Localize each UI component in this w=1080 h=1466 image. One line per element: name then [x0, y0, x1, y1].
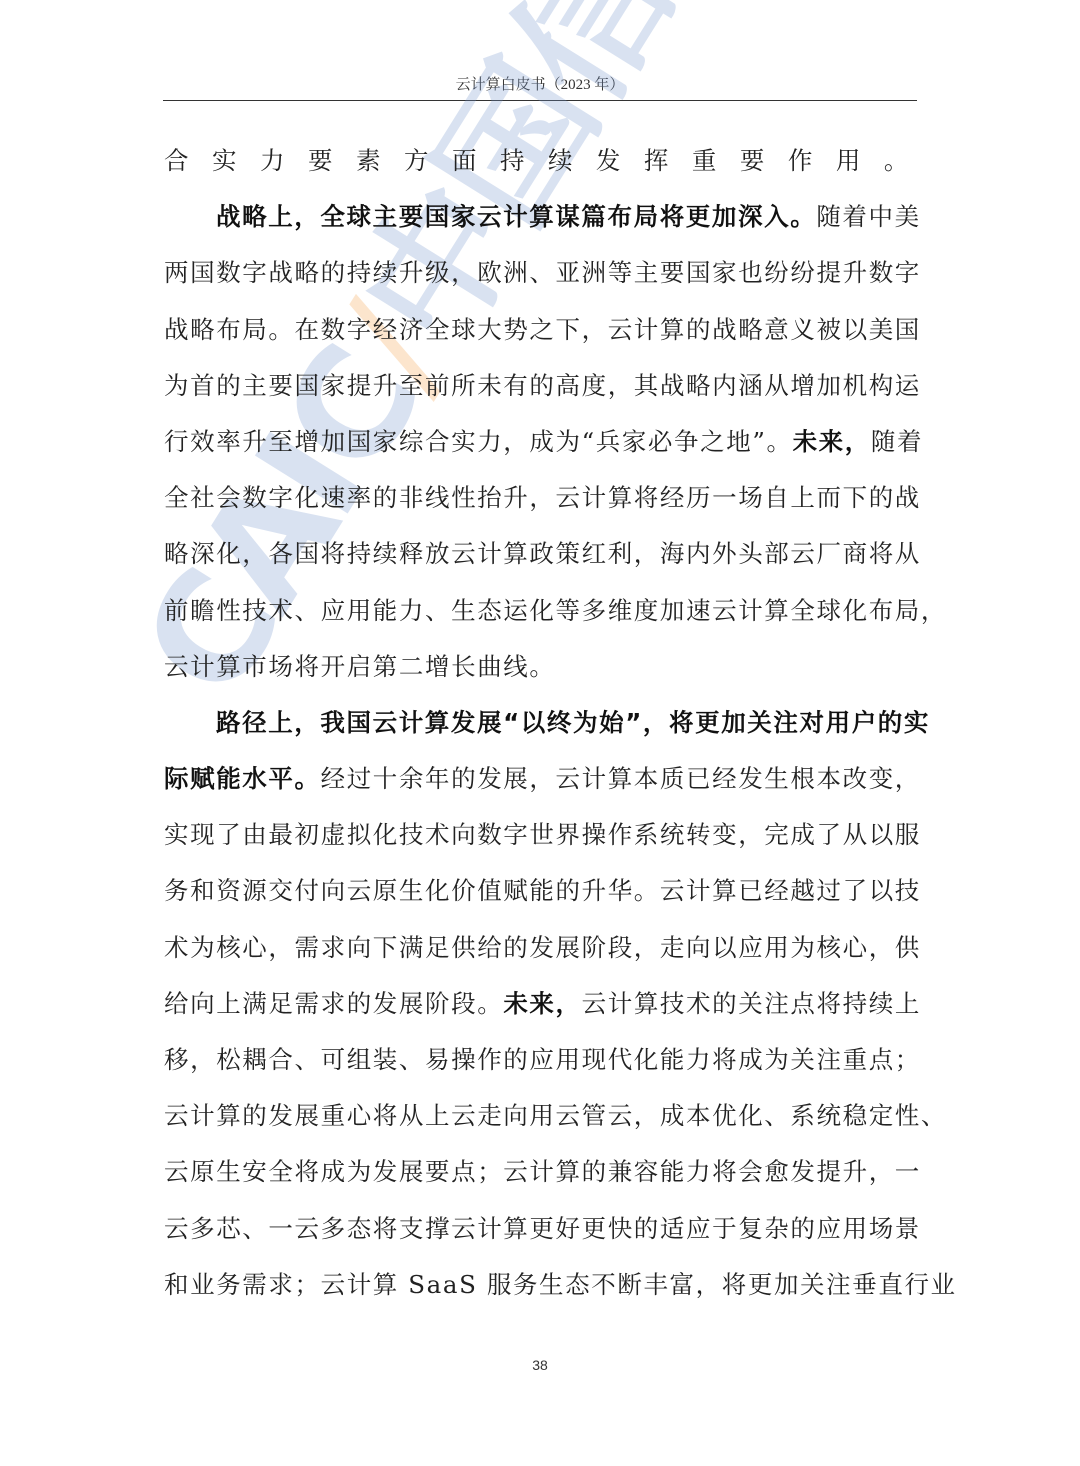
text-run: 经过十余年的发展，云计算本质已经发生根本改变， — [321, 764, 921, 793]
text-line-12: 际赋能水平。经过十余年的发展，云计算本质已经发生根本改变， — [164, 751, 910, 807]
text-line-11: 路径上，我国云计算发展“以终为始”，将更加关注对用户的实 — [164, 695, 910, 751]
text-line-2: 战略上，全球主要国家云计算谋篇布局将更加深入。随着中美 — [164, 189, 910, 245]
text-run: 为首的主要国家提升至前所未有的高度，其战略内涵从增加机构运 — [164, 371, 921, 400]
text-run: 术为核心，需求向下满足供给的发展阶段，走向以应用为核心，供 — [164, 933, 921, 962]
text-line-5: 为首的主要国家提升至前所未有的高度，其战略内涵从增加机构运 — [164, 358, 910, 414]
text-line-4: 战略布局。在数字经济全球大势之下，云计算的战略意义被以美国 — [164, 302, 910, 358]
text-run: 前瞻性技术、应用能力、生态运化等多维度加速云计算全球化布局， — [164, 596, 947, 625]
bold-heading-path-cont: 际赋能水平。 — [164, 764, 321, 793]
text-line-6: 行效率升至增加国家综合实力，成为“兵家必争之地”。未来，随着 — [164, 414, 910, 470]
text-run: 给向上满足需求的发展阶段。 — [164, 989, 503, 1018]
text-run: 云多芯、一云多态将支撑云计算更好更快的适应于复杂的应用场景 — [164, 1214, 921, 1243]
text-run: 两国数字战略的持续升级，欧洲、亚洲等主要国家也纷纷提升数字 — [164, 258, 921, 287]
text-run: 略深化，各国将持续释放云计算政策红利，海内外头部云厂商将从 — [164, 539, 921, 568]
page-header: 云计算白皮书（2023 年） — [163, 72, 917, 101]
page-number: 38 — [0, 1357, 1080, 1373]
text-line-7: 全社会数字化速率的非线性抬升，云计算将经历一场自上而下的战 — [164, 470, 910, 526]
text-line-17: 移，松耦合、可组装、易操作的应用现代化能力将成为关注重点； — [164, 1032, 910, 1088]
header-title: 云计算白皮书（2023 年） — [456, 77, 625, 93]
text-line-13: 实现了由最初虚拟化技术向数字世界操作系统转变，完成了从以服 — [164, 807, 910, 863]
text-line-16: 给向上满足需求的发展阶段。未来，云计算技术的关注点将持续上 — [164, 976, 910, 1032]
text-run: 战略布局。在数字经济全球大势之下，云计算的战略意义被以美国 — [164, 315, 921, 344]
text-line-19: 云原生安全将成为发展要点；云计算的兼容能力将会愈发提升，一 — [164, 1144, 910, 1200]
text-run: 云计算技术的关注点将持续上 — [582, 989, 921, 1018]
text-run: 合实力要素方面持续发挥重要作用。 — [164, 146, 910, 175]
text-line-14: 务和资源交付向云原生化价值赋能的升华。云计算已经越过了以技 — [164, 863, 910, 919]
text-run: 随着 — [871, 427, 923, 456]
text-line-10: 云计算市场将开启第二增长曲线。 — [164, 639, 910, 695]
text-line-3: 两国数字战略的持续升级，欧洲、亚洲等主要国家也纷纷提升数字 — [164, 245, 910, 301]
text-run: 云计算的发展重心将从上云走向用云管云，成本优化、系统稳定性、 — [164, 1101, 947, 1130]
text-run: 和业务需求；云计算 SaaS 服务生态不断丰富，将更加关注垂直行业 — [164, 1270, 957, 1299]
text-run: 云原生安全将成为发展要点；云计算的兼容能力将会愈发提升，一 — [164, 1157, 921, 1186]
bold-future: 未来， — [793, 427, 871, 456]
text-line-8: 略深化，各国将持续释放云计算政策红利，海内外头部云厂商将从 — [164, 526, 910, 582]
text-line-9: 前瞻性技术、应用能力、生态运化等多维度加速云计算全球化布局， — [164, 583, 910, 639]
text-line-20: 云多芯、一云多态将支撑云计算更好更快的适应于复杂的应用场景 — [164, 1201, 910, 1257]
text-run: 移，松耦合、可组装、易操作的应用现代化能力将成为关注重点； — [164, 1045, 921, 1074]
text-run: 全社会数字化速率的非线性抬升，云计算将经历一场自上而下的战 — [164, 483, 921, 512]
text-line-1: 合实力要素方面持续发挥重要作用。 — [164, 133, 910, 189]
text-run: 随着中美 — [816, 202, 920, 231]
text-line-18: 云计算的发展重心将从上云走向用云管云，成本优化、系统稳定性、 — [164, 1088, 910, 1144]
text-run: 云计算市场将开启第二增长曲线。 — [164, 652, 556, 681]
bold-heading-path: 路径上，我国云计算发展“以终为始”，将更加关注对用户的实 — [216, 708, 930, 737]
text-line-21: 和业务需求；云计算 SaaS 服务生态不断丰富，将更加关注垂直行业 — [164, 1257, 910, 1313]
body-text: 合实力要素方面持续发挥重要作用。 战略上，全球主要国家云计算谋篇布局将更加深入。… — [164, 133, 910, 1313]
text-line-15: 术为核心，需求向下满足供给的发展阶段，走向以应用为核心，供 — [164, 920, 910, 976]
bold-future: 未来， — [503, 989, 581, 1018]
text-run: 行效率升至增加国家综合实力，成为“兵家必争之地”。 — [164, 427, 793, 456]
text-run: 务和资源交付向云原生化价值赋能的升华。云计算已经越过了以技 — [164, 876, 921, 905]
bold-heading-strategy: 战略上，全球主要国家云计算谋篇布局将更加深入。 — [216, 202, 816, 231]
text-run: 实现了由最初虚拟化技术向数字世界操作系统转变，完成了从以服 — [164, 820, 921, 849]
